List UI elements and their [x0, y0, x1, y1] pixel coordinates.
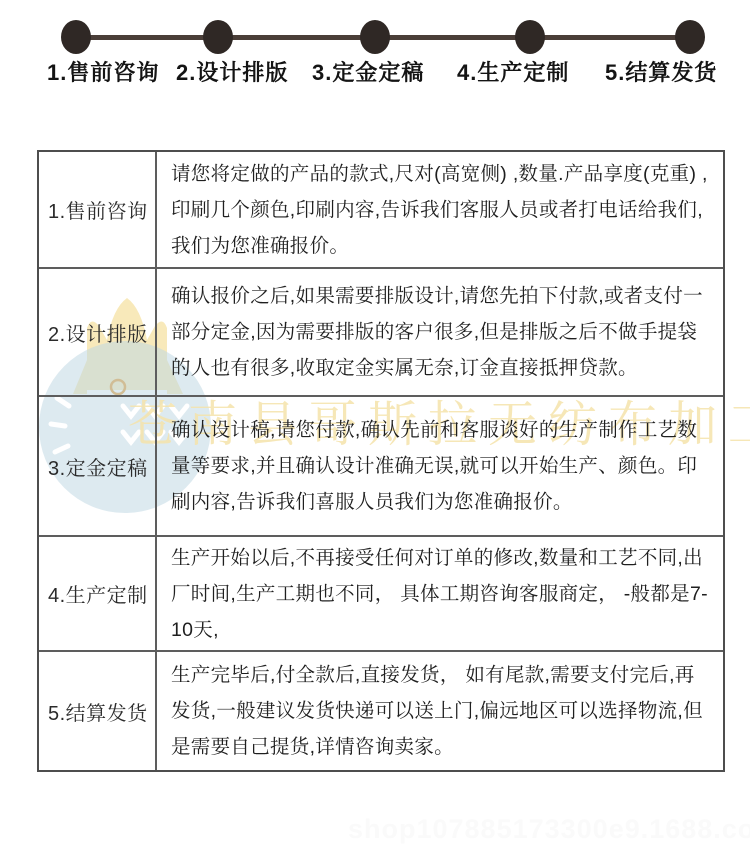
- process-stepper: 1.售前咨询 2.设计排版 3.定金定稿 4.生产定制 5.结算发货: [0, 0, 750, 110]
- step-dot-4: [515, 20, 545, 54]
- row-text-content: 确认设计稿,请您付款,确认先前和客服谈好的生产制作工艺数量等要求,并且确认设计准…: [171, 412, 713, 520]
- row-text-presale: 请您将定做的产品的款式,尺对(高宽侧) ,数量.产品享度(克重) ,印刷几个颜色…: [157, 152, 723, 267]
- row-text-shipping: 生产完毕后,付全款后,直接发货， 如有尾款,需要支付完后,再发货,一般建议发货快…: [157, 652, 723, 770]
- table-row: 3.定金定稿 确认设计稿,请您付款,确认先前和客服谈好的生产制作工艺数量等要求,…: [39, 395, 723, 535]
- table-row: 1.售前咨询 请您将定做的产品的款式,尺对(高宽侧) ,数量.产品享度(克重) …: [39, 152, 723, 267]
- row-label-deposit: 3.定金定稿: [39, 397, 157, 535]
- row-text-design: 确认报价之后,如果需要排版设计,请您先拍下付款,或者支付一部分定金,因为需要排版…: [157, 269, 723, 395]
- row-text-deposit: 确认设计稿,请您付款,确认先前和客服谈好的生产制作工艺数量等要求,并且确认设计准…: [157, 397, 723, 535]
- row-text-content: 请您将定做的产品的款式,尺对(高宽侧) ,数量.产品享度(克重) ,印刷几个颜色…: [171, 156, 713, 264]
- row-label-production: 4.生产定制: [39, 537, 157, 650]
- row-text-content: 确认报价之后,如果需要排版设计,请您先拍下付款,或者支付一部分定金,因为需要排版…: [171, 278, 713, 386]
- process-table: 1.售前咨询 请您将定做的产品的款式,尺对(高宽侧) ,数量.产品享度(克重) …: [37, 150, 725, 772]
- row-text-production: 生产开始以后,不再接受任何对订单的修改,数量和工艺不同,出厂时间,生产工期也不同…: [157, 537, 723, 650]
- table-row: 5.结算发货 生产完毕后,付全款后,直接发货， 如有尾款,需要支付完后,再发货,…: [39, 650, 723, 770]
- step-label-presale: 1.售前咨询: [47, 56, 159, 87]
- step-dot-1: [61, 20, 91, 54]
- table-row: 2.设计排版 确认报价之后,如果需要排版设计,请您先拍下付款,或者支付一部分定金…: [39, 267, 723, 395]
- step-dot-3: [360, 20, 390, 54]
- row-label-shipping: 5.结算发货: [39, 652, 157, 770]
- table-row: 4.生产定制 生产开始以后,不再接受任何对订单的修改,数量和工艺不同,出厂时间,…: [39, 535, 723, 650]
- step-label-production: 4.生产定制: [457, 56, 569, 87]
- row-label-design: 2.设计排版: [39, 269, 157, 395]
- shop-url-watermark: shop107885173300e9.1688.com: [348, 814, 750, 845]
- row-text-content: 生产开始以后,不再接受任何对订单的修改,数量和工艺不同,出厂时间,生产工期也不同…: [171, 540, 713, 648]
- step-label-shipping: 5.结算发货: [605, 56, 717, 87]
- row-label-presale: 1.售前咨询: [39, 152, 157, 267]
- step-label-deposit: 3.定金定稿: [312, 56, 424, 87]
- step-dot-2: [203, 20, 233, 54]
- step-dot-5: [675, 20, 705, 54]
- step-label-design: 2.设计排版: [176, 56, 288, 87]
- order-process-page: 苍南县哥斯拉无纺布加工 shop107885173300e9.1688.com …: [0, 0, 750, 859]
- row-text-content: 生产完毕后,付全款后,直接发货， 如有尾款,需要支付完后,再发货,一般建议发货快…: [171, 657, 713, 765]
